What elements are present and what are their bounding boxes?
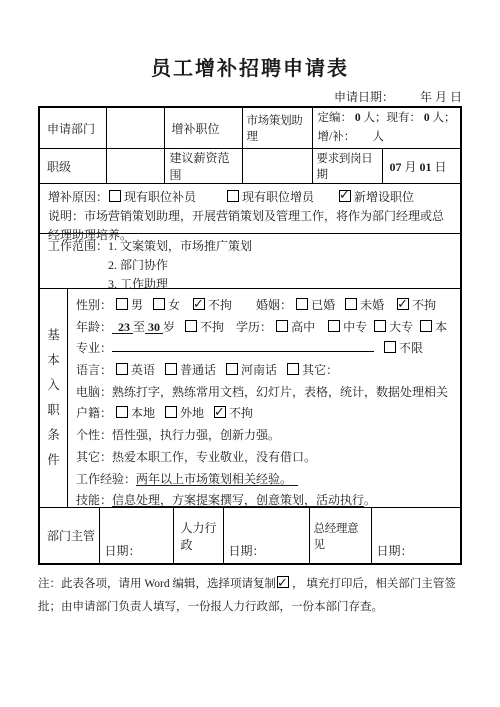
checked-checkbox-icon <box>397 298 409 310</box>
condition-line: 专业： 不限 <box>76 338 456 360</box>
text-segment: 现有职位补员 <box>124 190 226 204</box>
text-segment: 不拘 学历： <box>200 320 275 334</box>
text-segment: 信息处理，方案提案撰写，创意策划，活动执行 <box>112 493 364 507</box>
text-segment: 性别： <box>76 298 115 312</box>
text-segment: 人；现有： <box>361 112 424 124</box>
dept-head-sign-cell: 日期： <box>99 508 173 563</box>
page-title: 员工增补招聘申请表 <box>0 52 500 81</box>
checkbox-icon <box>345 298 357 310</box>
conditions-vertical-label-cell: 基本入职条件 <box>40 289 68 507</box>
scope-item: 2. 部门协作 <box>108 256 252 275</box>
conditions-row: 基本入职条件 性别： 男 女 不拘 婚姻： 已婚 未婚 不拘年龄： 23 至 3… <box>40 288 460 507</box>
condition-line: 工作经验：两年以上市场策划相关经验。 <box>76 469 456 491</box>
date-label: 日期： <box>229 544 265 558</box>
text-segment: 专业： <box>76 341 112 355</box>
checkbox-icon <box>328 320 340 332</box>
checkbox-icon <box>185 320 197 332</box>
conditions-content: 性别： 男 女 不拘 婚姻： 已婚 未婚 不拘年龄： 23 至 30 岁 不拘 … <box>68 289 460 507</box>
scope-label: 工作范围： <box>48 237 108 288</box>
date-label: 日期： <box>377 544 413 558</box>
text-segment <box>374 341 383 355</box>
checkbox-icon <box>109 190 121 202</box>
footer-note: 注：此表各项，请用 Word 编辑，选择项请复制， 填充打印后，相关部门主管签批… <box>38 573 462 619</box>
checked-checkbox-icon <box>339 190 351 202</box>
condition-line: 电脑：熟练打字，熟练常用文档，幻灯片，表格，统计，数据处理相关软件应用。 <box>76 382 456 404</box>
arrival-label-cell: 要求到岗日期 <box>312 149 382 184</box>
text-segment: 新增设职位 <box>354 190 414 204</box>
checked-checkbox-icon <box>277 576 289 588</box>
text-segment: 个性：悟性强，执行力强，创新力强。 <box>76 428 280 442</box>
text-segment: 不拘 <box>412 298 436 312</box>
checked-checkbox-icon <box>193 298 205 310</box>
checkbox-icon <box>287 363 299 375</box>
condition-line: 性别： 男 女 不拘 婚姻： 已婚 未婚 不拘 <box>76 295 456 317</box>
text-segment: 工作经验： <box>76 472 136 486</box>
date-label: 日期： <box>105 544 141 558</box>
text-segment: 不限 <box>399 341 423 355</box>
checkbox-icon <box>296 298 308 310</box>
application-date-label: 申请日期： <box>334 90 394 104</box>
text-segment: 技能： <box>76 493 112 507</box>
condition-line: 户籍： 本地 外地 不拘 <box>76 403 456 425</box>
staffing-line-2: 增/补： 人 <box>318 128 459 147</box>
checkbox-icon <box>165 363 177 375</box>
reason-row: 增补原因：现有职位补员 现有职位增员 新增设职位 说明：市场营销策划助理，开展营… <box>40 183 460 233</box>
checkbox-icon <box>116 406 128 418</box>
gm-opinion-sign-cell: 日期： <box>371 508 460 563</box>
application-date-line: 申请日期：年 月 日 <box>38 88 462 104</box>
checkbox-icon <box>276 320 288 332</box>
condition-line: 技能：信息处理，方案提案撰写，创意策划，活动执行。 <box>76 490 456 507</box>
text-segment: 日 <box>432 160 447 174</box>
text-segment: 至 <box>133 320 145 334</box>
text-segment: 英语 <box>131 363 164 377</box>
text-segment: 01 <box>420 160 432 174</box>
text-segment: 定编： <box>318 112 355 124</box>
scope-item: 1. 文案策划，市场推广策划 <box>108 237 252 256</box>
apply-dept-value-cell <box>106 108 164 149</box>
text-segment: 人； <box>430 112 456 124</box>
text-segment: 河南话 <box>241 363 286 377</box>
scope-row: 工作范围： 1. 文案策划，市场推广策划 2. 部门协作 3. 工作助理 <box>40 233 460 288</box>
conditions-vertical-label: 基本入职条件 <box>47 323 61 473</box>
rank-value-cell <box>106 149 164 184</box>
text-segment: 增补原因： <box>48 190 108 204</box>
text-segment: 未婚 <box>360 298 396 312</box>
text-segment: 户籍： <box>76 406 115 420</box>
text-segment: 高中 <box>291 320 327 334</box>
condition-line: 个性：悟性强，执行力强，创新力强。 <box>76 425 456 447</box>
dept-head-label-cell: 部门主管 <box>40 508 99 563</box>
header-grid: 申请部门 增补职位 市场策划助理 定编： 0 人；现有： 0 人； 增/补： 人… <box>40 108 460 183</box>
text-segment: 外地 <box>180 406 213 420</box>
text-segment: 不拘 <box>229 406 253 420</box>
text-segment: 普通话 <box>180 363 225 377</box>
apply-dept-label-cell: 申请部门 <box>40 108 106 149</box>
text-segment: 两年以上市场策划相关经验。 <box>136 472 298 486</box>
text-segment: 注：此表各项，请用 Word 编辑，选择项请复制 <box>38 578 276 590</box>
text-segment: 其它： <box>302 363 338 377</box>
scope-items: 1. 文案策划，市场推广策划 2. 部门协作 3. 工作助理 <box>108 237 252 288</box>
checkbox-icon <box>153 298 165 310</box>
form-table: 申请部门 增补职位 市场策划助理 定编： 0 人；现有： 0 人； 增/补： 人… <box>38 106 462 565</box>
checkbox-icon <box>384 341 396 353</box>
staffing-line-1: 定编： 0 人；现有： 0 人； <box>318 109 459 128</box>
text-segment: 23 <box>112 320 133 334</box>
salary-value-cell <box>242 149 312 184</box>
reason-options-line: 增补原因：现有职位补员 现有职位增员 新增设职位 <box>48 188 454 207</box>
text-segment: 本地 <box>131 406 164 420</box>
checkbox-icon <box>227 190 239 202</box>
checkbox-icon <box>116 298 128 310</box>
gm-opinion-label-cell: 总经理意见 <box>309 508 371 563</box>
signature-grid: 部门主管 日期： 人力行政 日期： 总经理意见 日期： <box>40 508 460 563</box>
checkbox-icon <box>116 363 128 375</box>
text-segment: 增/补： 人 <box>318 131 384 143</box>
text-segment: 30 <box>145 320 163 334</box>
hr-admin-sign-cell: 日期： <box>223 508 309 563</box>
blank-underline <box>112 339 374 352</box>
salary-label-cell: 建议薪资范围 <box>164 149 242 184</box>
position-label-cell: 增补职位 <box>164 108 242 149</box>
text-segment: 岁 <box>163 320 184 334</box>
text-segment: 电脑：熟练打字，熟练常用文档，幻灯片，表格，统计，数据处理相关软件应用。 <box>76 385 448 404</box>
text-segment: 已婚 <box>311 298 344 312</box>
text-segment: 女 <box>168 298 192 312</box>
signature-row: 部门主管 日期： 人力行政 日期： 总经理意见 日期： <box>40 507 460 563</box>
text-segment: 。 <box>364 493 376 507</box>
position-value-cell: 市场策划助理 <box>242 108 312 149</box>
checkbox-icon <box>165 406 177 418</box>
text-segment: 年龄： <box>76 320 112 334</box>
text-segment: 中专 <box>343 320 373 334</box>
condition-line: 年龄： 23 至 30 岁 不拘 学历： 高中 中专 大专 本科及以上 <box>76 317 456 339</box>
text-segment: 男 <box>131 298 152 312</box>
checkbox-icon <box>420 320 432 332</box>
condition-line: 语言： 英语 普通话 河南话 其它： <box>76 360 456 382</box>
application-date-value: 年 月 日 <box>394 88 462 105</box>
text-segment: 其它：热爱本职工作，专业敬业，没有借口。 <box>76 450 316 464</box>
text-segment: 07 <box>390 160 402 174</box>
text-segment: 大专 <box>389 320 419 334</box>
checkbox-icon <box>374 320 386 332</box>
text-segment: 现有职位增员 <box>242 190 338 204</box>
text-segment: 月 <box>402 160 420 174</box>
staffing-cell: 定编： 0 人；现有： 0 人； 增/补： 人 <box>312 108 460 149</box>
checked-checkbox-icon <box>214 406 226 418</box>
condition-line: 其它：热爱本职工作，专业敬业，没有借口。 <box>76 447 456 469</box>
arrival-value-cell: 07 月 01 日 <box>382 149 460 184</box>
checkbox-icon <box>226 363 238 375</box>
text-segment: 不拘 婚姻： <box>208 298 295 312</box>
hr-admin-label-cell: 人力行政 <box>173 508 223 563</box>
text-segment: 语言： <box>76 363 115 377</box>
rank-label-cell: 职级 <box>40 149 106 184</box>
